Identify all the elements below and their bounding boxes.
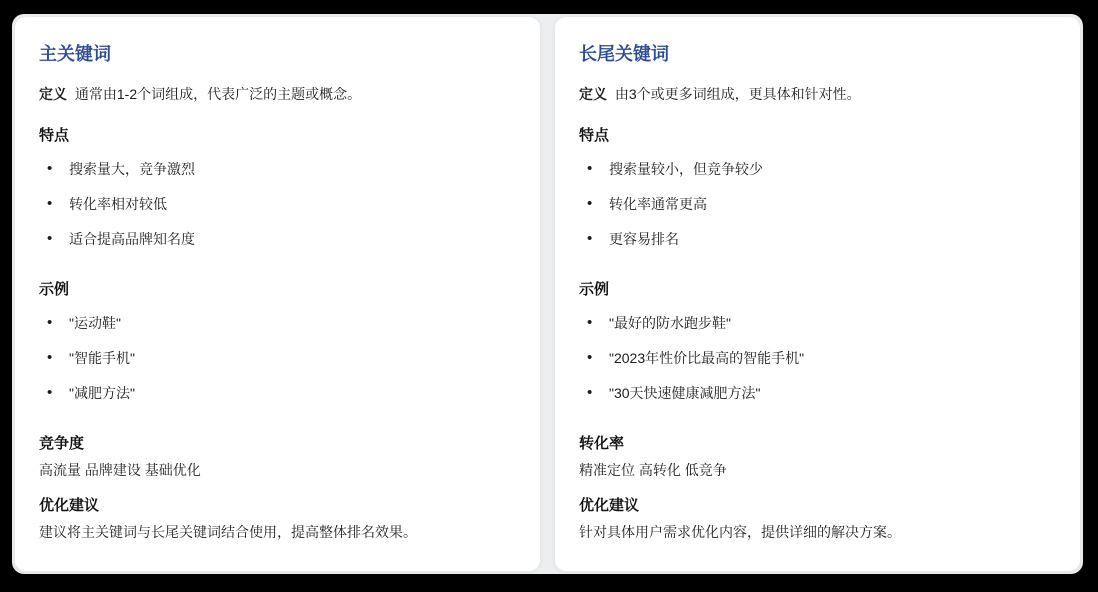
examples-list: "最好的防水跑步鞋" "2023年性价比最高的智能手机" "30天快速健康减肥方… <box>579 306 1056 411</box>
card-longtail-keywords: 长尾关键词 定义 由3个或更多词组成，更具体和针对性。 特点 搜索量较小，但竞争… <box>554 16 1081 572</box>
definition-text: 通常由1-2个词组成，代表广泛的主题或概念。 <box>75 86 361 102</box>
list-item: "30天快速健康减肥方法" <box>585 376 1056 411</box>
card-title: 长尾关键词 <box>579 43 1056 66</box>
definition-row: 定义 通常由1-2个词组成，代表广泛的主题或概念。 <box>39 84 516 105</box>
features-list: 搜索量大，竞争激烈 转化率相对较低 适合提高品牌知名度 <box>39 152 516 257</box>
list-item: 搜索量大，竞争激烈 <box>45 152 516 187</box>
section-heading-features: 特点 <box>579 125 1056 146</box>
section-heading-examples: 示例 <box>579 279 1056 300</box>
list-item: "运动鞋" <box>45 306 516 341</box>
section-heading-examples: 示例 <box>39 279 516 300</box>
list-item: 更容易排名 <box>585 222 1056 257</box>
section-heading-conversion: 转化率 <box>579 433 1056 454</box>
list-item: "智能手机" <box>45 341 516 376</box>
list-item: 转化率通常更高 <box>585 187 1056 222</box>
definition-text: 由3个或更多词组成，更具体和针对性。 <box>615 86 861 102</box>
section-heading-features: 特点 <box>39 125 516 146</box>
advice-text: 针对具体用户需求优化内容，提供详细的解决方案。 <box>579 522 1056 543</box>
card-title: 主关键词 <box>39 43 516 66</box>
definition-label: 定义 <box>39 86 67 102</box>
list-item: "减肥方法" <box>45 376 516 411</box>
examples-list: "运动鞋" "智能手机" "减肥方法" <box>39 306 516 411</box>
definition-label: 定义 <box>579 86 607 102</box>
features-list: 搜索量较小，但竞争较少 转化率通常更高 更容易排名 <box>579 152 1056 257</box>
card-main-keywords: 主关键词 定义 通常由1-2个词组成，代表广泛的主题或概念。 特点 搜索量大，竞… <box>14 16 541 572</box>
advice-text: 建议将主关键词与长尾关键词结合使用，提高整体排名效果。 <box>39 522 516 543</box>
list-item: 搜索量较小，但竞争较少 <box>585 152 1056 187</box>
section-heading-advice: 优化建议 <box>39 495 516 516</box>
metric-text: 精准定位 高转化 低竞争 <box>579 460 1056 481</box>
list-item: "最好的防水跑步鞋" <box>585 306 1056 341</box>
list-item: "2023年性价比最高的智能手机" <box>585 341 1056 376</box>
list-item: 转化率相对较低 <box>45 187 516 222</box>
section-heading-competition: 竞争度 <box>39 433 516 454</box>
section-heading-advice: 优化建议 <box>579 495 1056 516</box>
list-item: 适合提高品牌知名度 <box>45 222 516 257</box>
metric-text: 高流量 品牌建设 基础优化 <box>39 460 516 481</box>
content-canvas: 主关键词 定义 通常由1-2个词组成，代表广泛的主题或概念。 特点 搜索量大，竞… <box>12 14 1083 574</box>
definition-row: 定义 由3个或更多词组成，更具体和针对性。 <box>579 84 1056 105</box>
